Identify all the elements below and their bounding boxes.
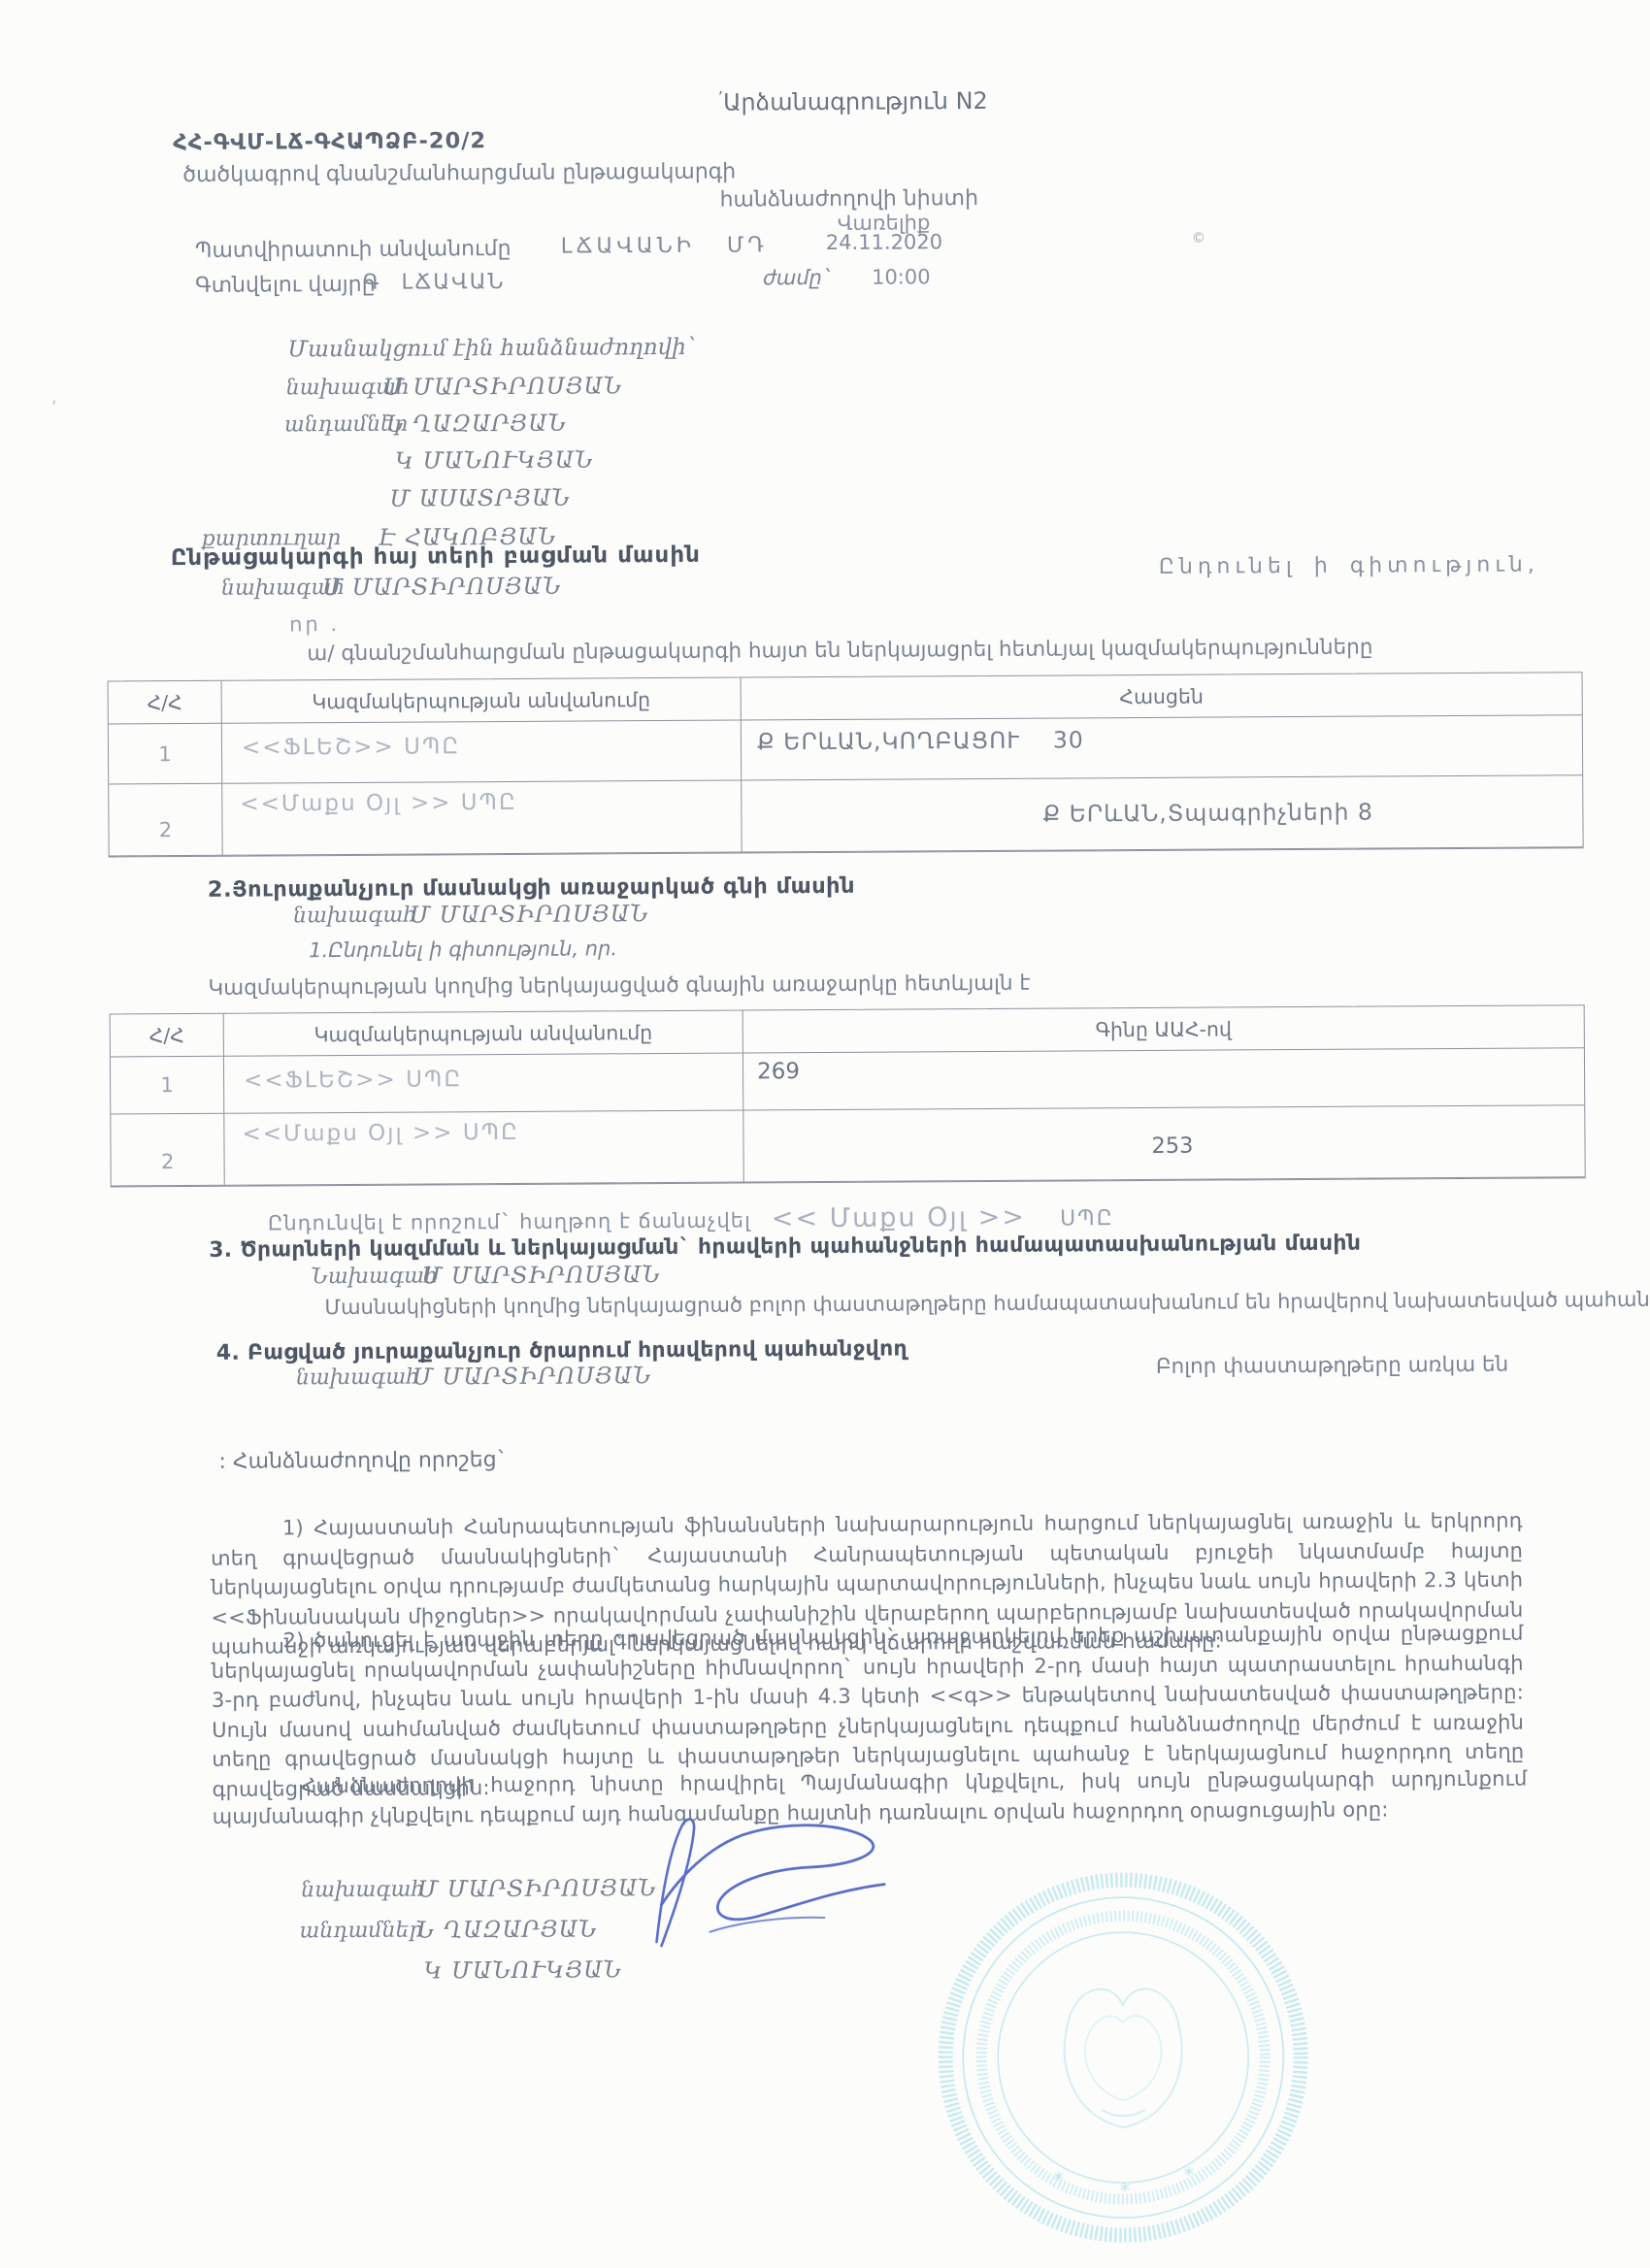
venue-value: Գ ԼՃԱՎԱՆ	[363, 270, 506, 295]
signature-icon	[564, 1806, 934, 1954]
svg-text:*: *	[1120, 2179, 1130, 2202]
handwritten-signature	[564, 1806, 934, 1954]
section2-note: 1.Ընդունել ի գիտություն, որ.	[309, 937, 617, 962]
table1-row2-address: Ք ԵՐևԱՆ,Տպագրիչների 8	[742, 775, 1582, 852]
session-date: 24.11.2020	[826, 230, 942, 254]
table1-row1-name: <<ՖԼԵՇ>> ՍՊԸ	[222, 721, 742, 784]
section3-chair-label: Նախագահ	[311, 1264, 438, 1289]
table2-row1-name: <<ՖԼԵՇ>> ՍՊԸ	[224, 1054, 743, 1114]
section1-that: որ .	[289, 612, 340, 636]
member-2-name: Կ ՄԱՆՈՒԿՅԱՆ	[395, 445, 593, 474]
section2-heading: 2.Յուրաքանչյուր մասնակցի առաջարկած գնի մ…	[208, 873, 855, 903]
section2-intro: Կազմակերպության կողմից ներկայացված գնայի…	[208, 971, 1030, 1001]
customer-label: Պատվիրատուի անվանումը	[195, 237, 511, 263]
customer-value: ԼՃԱՎԱՆԻ ՄԴ	[561, 233, 768, 258]
table2-row2-price: 253	[743, 1105, 1584, 1182]
decision-prefix: Ընդունվել է որոշում` հաղթող է ճանաչվել	[268, 1208, 751, 1234]
table2-row2-name: <<Մաքս Օյլ >> ՍՊԸ	[224, 1111, 743, 1186]
participants-intro: Մասնակցում էին հանձնաժողովի`	[287, 335, 697, 363]
venue-label: Գտնվելու վայրը	[195, 273, 376, 298]
decision-winner: << Մաքս Օյլ >>	[772, 1202, 1026, 1234]
chair-name: Մ ՄԱՐՏԻՐՈՍՅԱՆ	[383, 372, 623, 401]
margin-mark: ՚	[51, 398, 57, 418]
table2-row1-price: 269	[743, 1048, 1584, 1110]
prices-table: Հ/Հ Կազմակերպության անվանումը Գինը ԱԱՀ-ո…	[110, 1004, 1586, 1187]
section2-chair-label: նախագահ	[293, 904, 416, 929]
signature-member-2-name: Կ ՄԱՆՈՒԿՅԱՆ	[424, 1956, 622, 1984]
section1-intro: ա/ գնանշմանհարցման ընթացակարգի հայտ են ն…	[307, 636, 1372, 667]
table1-row1-address: Ք ԵՐևԱՆ,ԿՈՂԲԱՑՈՒ 30	[742, 715, 1582, 780]
session-title: հանձնաժողովի նիստի	[719, 186, 978, 213]
table1-row2-name: <<Մաքս Օյլ >> ՍՊԸ	[222, 781, 742, 856]
procedure-code: ՀՀ-ԳՎՄ-ԼՃ-ԳՀԱՊՁԲ-20/2	[173, 128, 486, 155]
stray-mark: ©	[1192, 231, 1205, 247]
official-stamp-icon: * * *	[928, 1862, 1318, 2252]
table2-row1-num: 1	[111, 1057, 224, 1115]
signature-members-label: անդամներ	[299, 1919, 422, 1944]
section4-heading: 4. Բացված յուրաքանչյուր ծրարում հրավերով…	[216, 1336, 907, 1364]
section4-note-right: Բոլոր փաստաթղթերը առկա են	[1156, 1353, 1508, 1379]
svg-text:*: *	[1184, 2163, 1194, 2186]
member-3-name: Մ ԱՍԱՏՐՅԱՆ	[389, 484, 571, 512]
section1-heading: Ընթացակարգի հայ տերի բացման մասին	[171, 542, 701, 571]
section3-chair-name: Մ ՄԱՐՏԻՐՈՍՅԱՆ	[421, 1261, 661, 1290]
table2-header-name: Կազմակերպության անվանումը	[224, 1011, 743, 1057]
table1-row2-num: 2	[109, 784, 222, 857]
section1-note-right: Ընդունել ի գիտություն,	[1159, 552, 1539, 578]
table1-header-num: Հ/Հ	[109, 681, 222, 725]
time-value: 10:00	[872, 265, 931, 288]
table1-row1-num: 1	[109, 724, 222, 785]
section1-chair-name: Մ ՄԱՐՏԻՐՈՍՅԱՆ	[322, 573, 562, 602]
scanned-protocol-document: ՚ ՚Արձանագրություն N2 ՀՀ-ԳՎՄ-ԼՃ-ԳՀԱՊՁԲ-2…	[0, 0, 1650, 2268]
official-stamp: * * *	[928, 1862, 1318, 2252]
time-label: ժամը`	[763, 266, 833, 289]
scan-content: ՚ ՚Արձանագրություն N2 ՀՀ-ԳՎՄ-ԼՃ-ԳՀԱՊՁԲ-2…	[0, 0, 1650, 2268]
section4-chair-label: նախագահ	[296, 1365, 419, 1391]
decision-winner-suffix: ՍՊԸ	[1060, 1206, 1114, 1231]
table2-header-num: Հ/Հ	[111, 1014, 224, 1058]
decision-line: Ընդունվել է որոշում` հաղթող է ճանաչվել <…	[268, 1201, 1114, 1236]
procedure-code-subtitle: ծածկագրով գնանշմանհարցման ընթացակարգի	[182, 160, 736, 187]
table1-header-address: Հասցեն	[742, 673, 1582, 720]
signature-chair-label: նախագահ	[301, 1878, 424, 1903]
member-1-name: Ն ՂԱԶԱՐՅԱՆ	[385, 410, 567, 438]
section4-chair-name: Մ ՄԱՐՏԻՐՈՍՅԱՆ	[412, 1362, 652, 1391]
svg-text:*: *	[1054, 2168, 1064, 2191]
document-title: ՚Արձանագրություն N2	[718, 86, 988, 116]
title-text: Արձանագրություն N2	[723, 87, 988, 116]
table2-header-price: Գինը ԱԱՀ-ով	[743, 1005, 1584, 1053]
table1-header-name: Կազմակերպության անվանումը	[222, 678, 742, 724]
section3-body: Մասնակիցների կողմից ներկայացրած բոլոր փա…	[324, 1287, 1650, 1319]
bidders-table: Հ/Հ Կազմակերպության անվանումը Հասցեն 1 <…	[108, 672, 1584, 857]
table2-row2-num: 2	[111, 1114, 224, 1187]
resolution-heading: : Հանձնաժողովը որոշեց`	[218, 1448, 507, 1474]
section2-chair-name: Մ ՄԱՐՏԻՐՈՍՅԱՆ	[410, 900, 649, 929]
